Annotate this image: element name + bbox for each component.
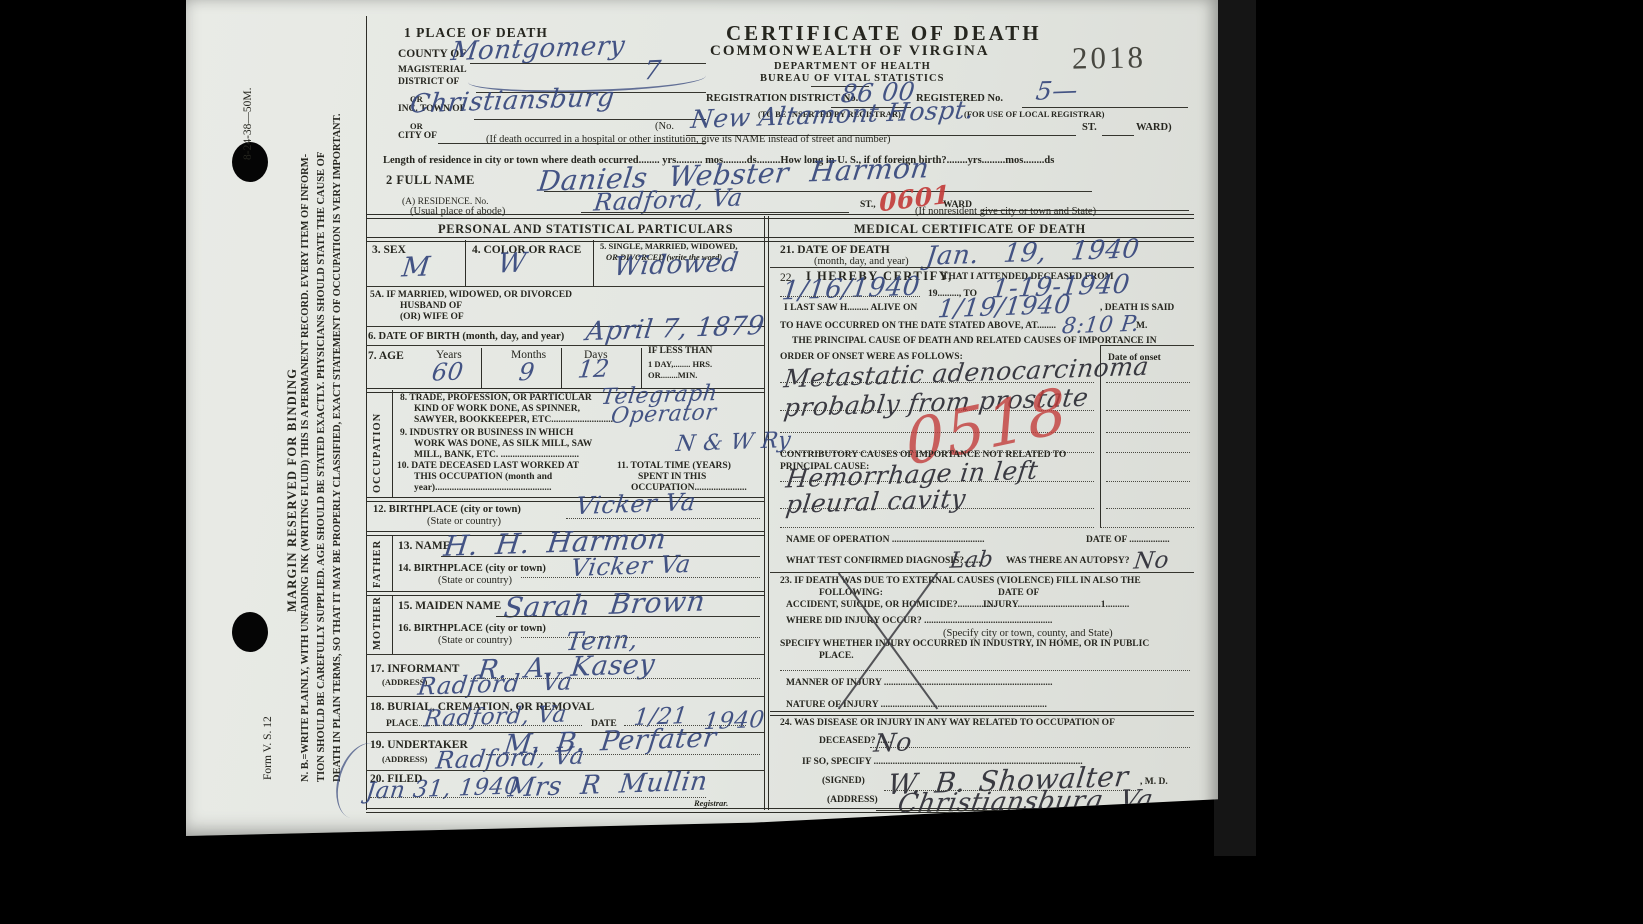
item12-sub: (State or country) [427, 516, 501, 527]
father-bracket-line [392, 535, 393, 591]
onset-row-leader-6 [1106, 508, 1190, 509]
age-months-handwriting: 9 [517, 358, 536, 387]
scanner-shadow-strip [1214, 0, 1256, 856]
item5a-label-3: (OR) WIFE OF [400, 313, 464, 323]
magisterial-label: MAGISTERIAL [398, 66, 467, 76]
nonresident-note: (If nonresident give city or town and St… [915, 206, 1096, 217]
column-divider [764, 216, 769, 810]
onset-row-leader-5 [1106, 481, 1190, 482]
onset-box-top [1100, 345, 1194, 346]
row345-bottom-line [366, 286, 764, 287]
personal-section-title: PERSONAL AND STATISTICAL PARTICULARS [438, 223, 733, 236]
st1-label: ST. [1082, 122, 1097, 133]
m-label: M. [1136, 322, 1147, 332]
item8-label-3: SAWYER, BOOKKEEPER, ETC.................… [414, 416, 613, 426]
residence-line [581, 212, 849, 213]
district-of-label: DISTRICT OF [398, 78, 459, 88]
item17-bottom-line [366, 696, 764, 697]
color-marital-divider [593, 240, 594, 286]
marital-handwriting: Widowed [612, 248, 740, 282]
item12-handwriting: Vicker Va [574, 488, 697, 520]
item20-date-handwriting: Jan 31, 1940 [364, 773, 521, 804]
certificate-title: CERTIFICATE OF DEATH [726, 22, 1042, 44]
item10-label-3: year)...................................… [414, 484, 551, 494]
inc-town-handwriting: Christiansburg [408, 82, 616, 119]
age-years-handwriting: 60 [430, 357, 465, 386]
test-bottom-line [770, 572, 1194, 573]
opdate-label: DATE OF ................. [1086, 536, 1170, 546]
sex-color-divider [465, 240, 466, 286]
less-than-3: OR........MIN. [648, 371, 697, 380]
contrib-leader-2 [780, 508, 1094, 509]
item9-label-1: 9. INDUSTRY OR BUSINESS IN WHICH [400, 429, 573, 439]
age-col-divider-3 [641, 348, 642, 388]
item15-handwriting: Sarah Brown [502, 584, 707, 624]
nature-label: NATURE OF INJURY .......................… [786, 701, 1047, 711]
where-label: WHERE DID INJURY OCCUR? ................… [786, 617, 1052, 627]
item10-label-2: THIS OCCUPATION (month and [414, 473, 552, 483]
item14-label: 14. BIRTHPLACE (city or town) [398, 563, 546, 574]
age-col-divider-1 [481, 348, 482, 388]
address-label: (ADDRESS) [827, 796, 878, 806]
stamp-number: 2018 [1072, 41, 1147, 75]
dob-label: 6. DATE OF BIRTH (month, day, and year) [368, 331, 564, 342]
item21-label: 21. DATE OF DEATH [780, 244, 890, 256]
ward1-label: WARD) [1136, 122, 1172, 133]
punch-hole-bottom [232, 612, 268, 652]
specify-label-2: PLACE. [819, 652, 854, 662]
address-bottom-line [876, 810, 1194, 811]
less-than-2: 1 DAY,........ HRS. [648, 360, 712, 369]
less-than-1: IF LESS THAN [648, 347, 712, 357]
item15-label: 15. MAIDEN NAME [398, 600, 501, 612]
commonwealth-subtitle: COMMONWEALTH OF VIRGINA [710, 44, 990, 60]
abode-note: (Usual place of abode) [410, 206, 505, 217]
department-label: DEPARTMENT OF HEALTH [774, 61, 931, 72]
last-saw-handwriting: 1/19/1940 [936, 290, 1072, 324]
item8-label-1: 8. TRADE, PROFESSION, OR PARTICULAR [400, 394, 592, 404]
test-handwriting: Lab [948, 547, 994, 574]
item15-line [496, 616, 760, 617]
item16-label: 16. BIRTHPLACE (city or town) [398, 623, 546, 634]
item11-label-2: SPENT IN THIS [638, 473, 706, 483]
item9-label-3: MILL, BANK, ETC. .......................… [414, 451, 579, 461]
print-code: 8-24-38—50M. [242, 87, 254, 160]
contrib-handwriting-2: pleural cavity [784, 484, 967, 519]
onset-box-bottom [1100, 527, 1194, 528]
item19-sub: (ADDRESS) [382, 755, 427, 764]
father-vert-label: FATHER [372, 540, 383, 588]
item24-handwriting: No [872, 727, 913, 757]
item16-sub: (State or country) [438, 635, 512, 646]
registered-handwriting: 5— [1034, 75, 1079, 106]
item11-label-1: 11. TOTAL TIME (YEARS) [617, 462, 731, 472]
item10-label-1: 10. DATE DECEASED LAST WORKED AT [397, 462, 579, 472]
no-paren-label: (No. [655, 121, 674, 132]
full-name-label: 2 FULL NAME [386, 174, 475, 187]
certify-leader [780, 296, 920, 297]
item23-label-1: 23. IF DEATH WAS DUE TO EXTERNAL CAUSES … [780, 577, 1141, 587]
specify-label-1: SPECIFY WHETHER INJURY OCCURRED IN INDUS… [780, 640, 1149, 650]
item18-place-leader [414, 725, 582, 726]
onset-row-leader-2 [1106, 410, 1190, 411]
hospital-note: (If death occurred in a hospital or othe… [486, 134, 890, 145]
autopsy-handwriting: No [1132, 547, 1170, 574]
registrar-label: Registrar. [694, 799, 728, 808]
item12-label: 12. BIRTHPLACE (city or town) [373, 504, 521, 515]
nb-note-line2: TION SHOULD BE CAREFULLY SUPPLIED. AGE S… [316, 152, 327, 782]
occupation-vert-label: OCCUPATION [372, 413, 383, 493]
item14-leader [521, 577, 760, 578]
address-handwriting: Christiansburg, Va [895, 785, 1155, 820]
dob-handwriting: April 7, 1879 [584, 311, 766, 347]
sex-handwriting: M [400, 251, 432, 283]
operation-label: NAME OF OPERATION ......................… [786, 536, 984, 546]
contrib-leader-1 [780, 481, 1094, 482]
item5a-label-2: HUSBAND OF [400, 302, 462, 312]
item24-leader [870, 747, 1190, 748]
or2-label: OR [410, 122, 423, 131]
autopsy-label: WAS THERE AN AUTOPSY? [1006, 557, 1129, 567]
nb-note-line1: N. B.=WRITE PLAINLY, WITH UNFADING INK (… [300, 154, 311, 782]
item14-sub: (State or country) [438, 575, 512, 586]
color-race-handwriting: W [496, 247, 528, 279]
page-bottom-rule [366, 808, 1194, 813]
local-reg-note: (FOR USE OF LOCAL REGISTRAR) [964, 110, 1104, 119]
injury-bottom-rule [770, 711, 1194, 716]
st1-line [1102, 135, 1134, 136]
age-days-handwriting: 12 [576, 354, 611, 383]
age-label: 7. AGE [368, 350, 404, 362]
signed-label: (SIGNED) [822, 777, 865, 787]
onset-row-leader-1 [1106, 382, 1190, 383]
mother-bracket-line [392, 595, 393, 655]
binding-note: MARGIN RESERVED FOR BINDING [286, 368, 299, 612]
st2-label: ST., [860, 201, 876, 211]
county-handwriting: Montgomery [449, 31, 627, 67]
from-date-handwriting: 1/16/1940 [780, 272, 921, 307]
death-certificate-page: 8-24-38—50M. MARGIN RESERVED FOR BINDING… [186, 0, 1218, 836]
occupation-bracket-line [392, 390, 393, 497]
occurred-label: TO HAVE OCCURRED ON THE DATE STATED ABOV… [780, 322, 1056, 332]
city-of-label: CITY OF [398, 132, 437, 142]
item9-handwriting: N & W Ry [674, 428, 792, 457]
item5a-label-1: 5A. IF MARRIED, WIDOWED, OR DIVORCED [370, 291, 572, 301]
contrib-leader-3 [780, 527, 1094, 528]
onset-row-leader-4 [1106, 452, 1190, 453]
item21-bottom-line [770, 267, 1194, 268]
item21-sub: (month, day, and year) [814, 256, 909, 267]
specify-leader [780, 670, 1190, 671]
mother-vert-label: MOTHER [372, 596, 383, 650]
item24-label-1: 24. WAS DISEASE OR INJURY IN ANY WAY REL… [780, 719, 1115, 729]
scan-canvas: 8-24-38—50M. MARGIN RESERVED FOR BINDING… [0, 0, 1643, 924]
item8-handwriting-2: Operator [609, 400, 717, 429]
registered-line [1022, 107, 1188, 108]
item8-label-2: KIND OF WORK DONE, AS SPINNER, [414, 405, 580, 415]
item16-leader [521, 637, 760, 638]
age-col-divider-2 [561, 348, 562, 388]
onset-row-leader-3 [1106, 432, 1190, 433]
item9-label-2: WORK WAS DONE, AS SILK MILL, SAW [414, 440, 592, 450]
dateof-label: DATE OF [998, 589, 1039, 599]
form-left-border [366, 16, 367, 810]
medical-section-title: MEDICAL CERTIFICATE OF DEATH [854, 223, 1086, 236]
sex-label: 3. SEX [372, 244, 406, 256]
injury-label: INJURY..................................… [983, 601, 1129, 611]
form-number: Form V. S. 12 [262, 716, 274, 780]
occupation-bottom-rule [366, 497, 764, 502]
inc-town-line [474, 119, 706, 120]
last-saw-label: I LAST SAW H......... ALIVE ON [784, 304, 917, 314]
where-sub: (Specify city or town, county, and State… [943, 628, 1113, 639]
item12-leader [566, 518, 760, 519]
accident-label: ACCIDENT, SUICIDE, OR HOMICIDE?.........… [786, 601, 996, 611]
nb-note-line3: DEATH IN PLAIN TERMS, SO THAT IT MAY BE … [332, 114, 343, 782]
item20-leader [370, 797, 706, 798]
